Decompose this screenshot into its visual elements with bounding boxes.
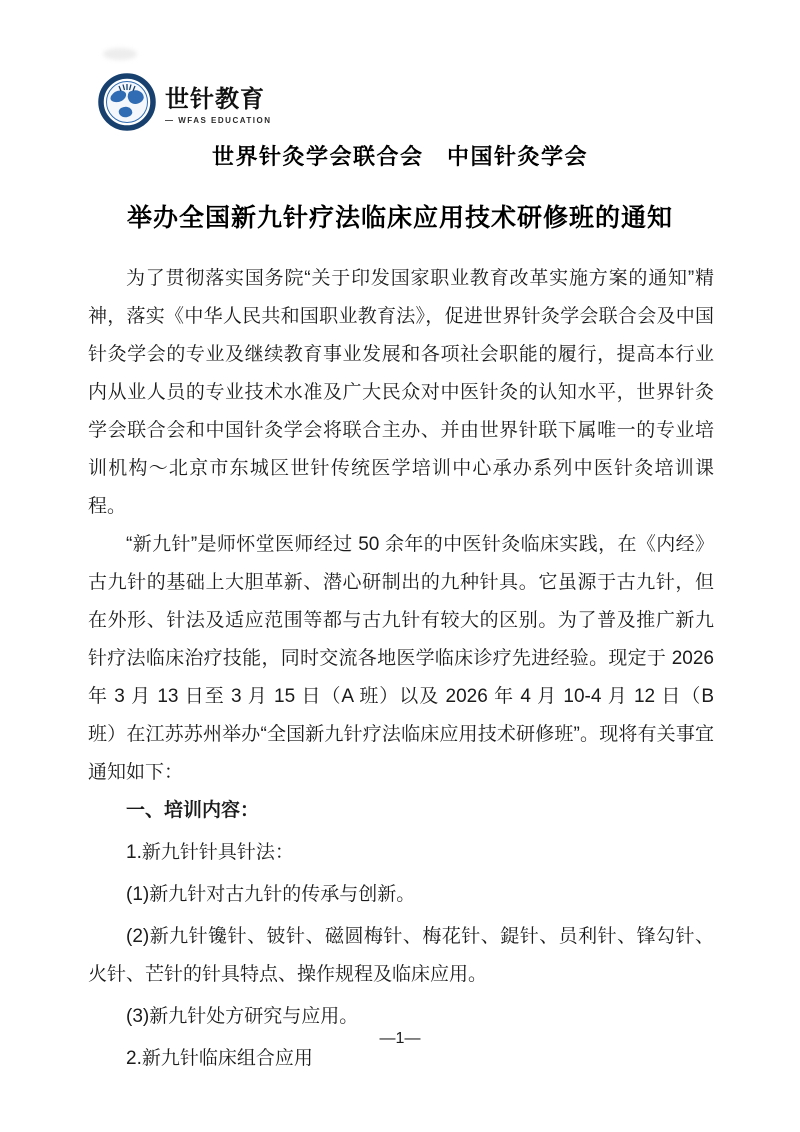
section-heading-training-content: 一、培训内容：	[88, 792, 714, 830]
page-number: —1—	[380, 1030, 421, 1047]
list-item-1: 1.新九针针具针法：	[88, 834, 714, 872]
list-item-1-2: (2)新九针镵针、铍针、磁圆梅针、梅花针、鍉针、员利针、锋勾针、火针、芒针的针具…	[88, 918, 714, 994]
title-block: 世界针灸学会联合会 中国针灸学会 举办全国新九针疗法临床应用技术研修班的通知	[0, 140, 800, 234]
paragraph-purpose: 为了贯彻落实国务院“关于印发国家职业教育改革实施方案的通知”精神，落实《中华人民…	[88, 260, 714, 526]
list-item-1-1: (1)新九针对古九针的传承与创新。	[88, 876, 714, 914]
doc-title-organizations: 世界针灸学会联合会 中国针灸学会	[0, 140, 800, 171]
page-footer: —1—	[0, 1030, 800, 1048]
logo-subtitle: — WFAS EDUCATION	[165, 116, 272, 125]
paragraph-background: “新九针”是师怀堂医师经过 50 余年的中医针灸临床实践，在《内经》古九针的基础…	[88, 526, 714, 792]
scan-smudge	[103, 48, 137, 60]
doc-title-subject: 举办全国新九针疗法临床应用技术研修班的通知	[0, 198, 800, 234]
document-body: 为了贯彻落实国务院“关于印发国家职业教育改革实施方案的通知”精神，落实《中华人民…	[88, 260, 714, 1082]
wfas-globe-emblem-icon	[98, 73, 156, 131]
logo: 世针教育 — WFAS EDUCATION	[98, 73, 272, 131]
logo-title: 世针教育	[165, 79, 272, 114]
document-page: 世针教育 — WFAS EDUCATION 世界针灸学会联合会 中国针灸学会 举…	[0, 0, 800, 1132]
